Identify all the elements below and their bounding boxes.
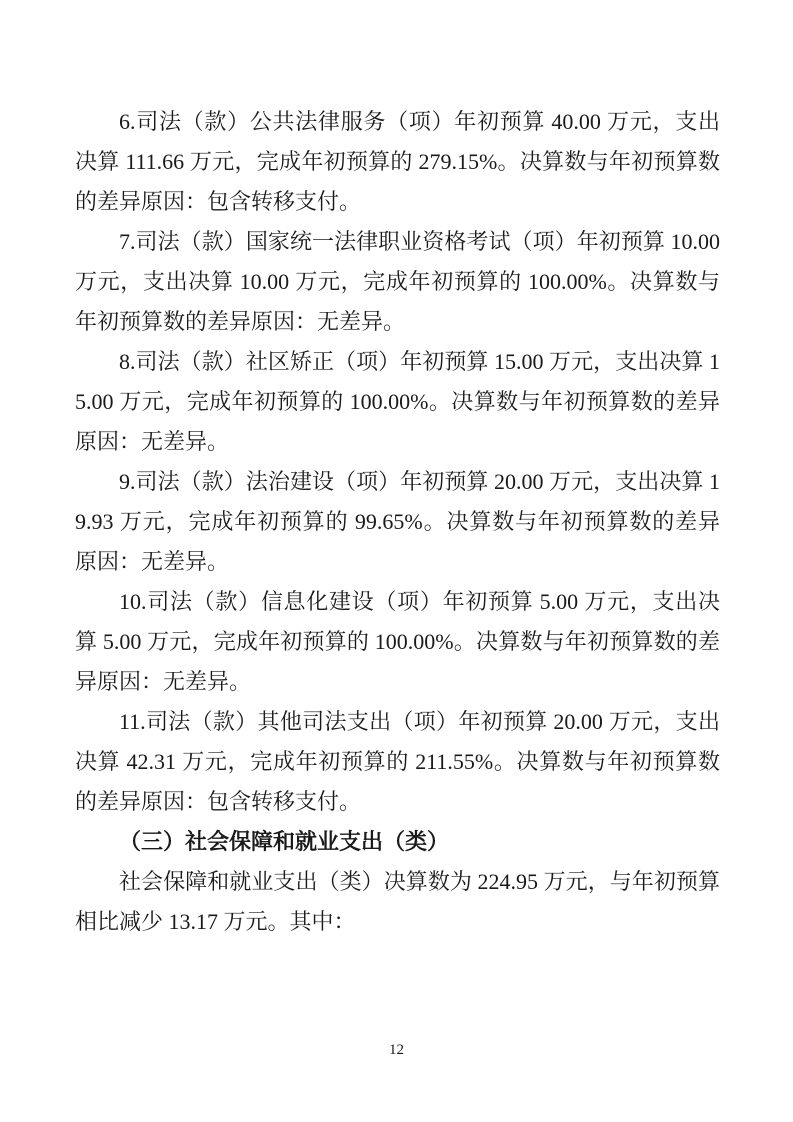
expense-item-8-paragraph: 8.司法（款）社区矫正（项）年初预算 15.00 万元，支出决算 15.00 万… (75, 342, 720, 462)
section-heading-social-security: （三）社会保障和就业支出（类） (75, 822, 720, 862)
expense-item-6-paragraph: 6.司法（款）公共法律服务（项）年初预算 40.00 万元，支出决算 111.6… (75, 102, 720, 222)
expense-item-7-paragraph: 7.司法（款）国家统一法律职业资格考试（项）年初预算 10.00 万元，支出决算… (75, 222, 720, 342)
expense-item-10-paragraph: 10.司法（款）信息化建设（项）年初预算 5.00 万元，支出决算 5.00 万… (75, 582, 720, 702)
document-body: 6.司法（款）公共法律服务（项）年初预算 40.00 万元，支出决算 111.6… (75, 102, 720, 942)
social-security-intro-paragraph: 社会保障和就业支出（类）决算数为 224.95 万元，与年初预算相比减少 13.… (75, 862, 720, 942)
expense-item-11-paragraph: 11.司法（款）其他司法支出（项）年初预算 20.00 万元，支出决算 42.3… (75, 702, 720, 822)
page-number: 12 (0, 1040, 793, 1060)
document-page: 6.司法（款）公共法律服务（项）年初预算 40.00 万元，支出决算 111.6… (0, 0, 793, 1122)
expense-item-9-paragraph: 9.司法（款）法治建设（项）年初预算 20.00 万元，支出决算 19.93 万… (75, 462, 720, 582)
